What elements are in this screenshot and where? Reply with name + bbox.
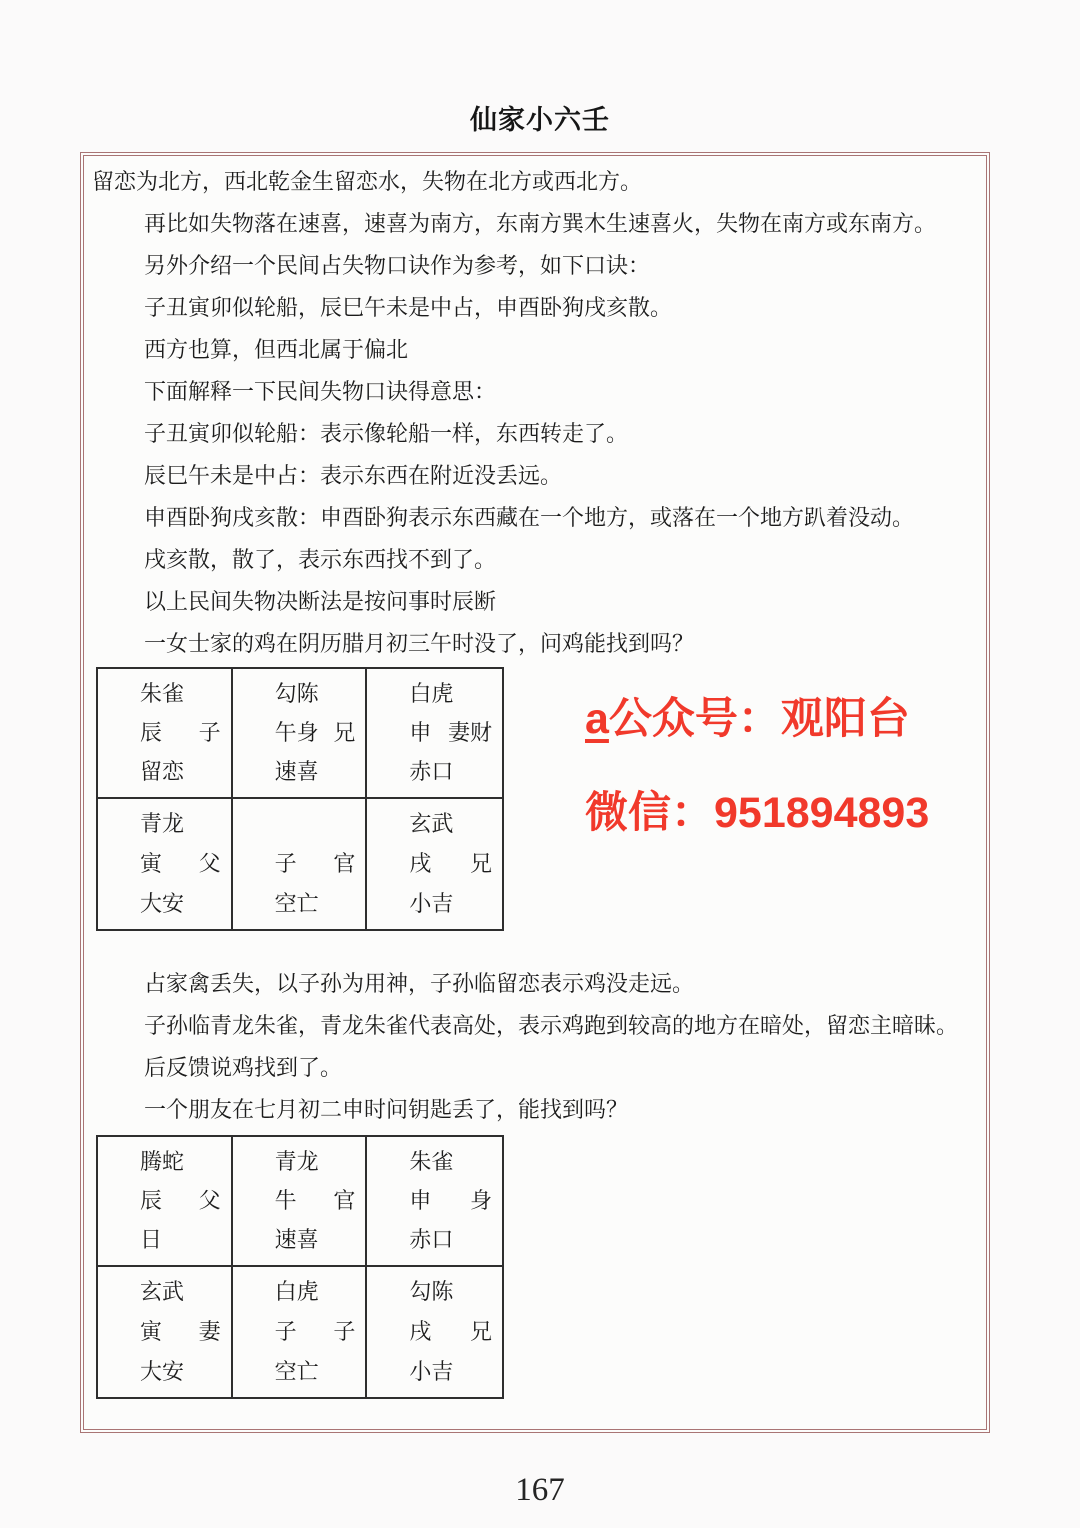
paragraph: 再比如失物落在速喜，速喜为南方，东南方巽木生速喜火，失物在南方或东南方。 xyxy=(90,203,980,245)
cell-branch: 辰 xyxy=(140,1188,162,1214)
cell-god: 玄武 xyxy=(140,1279,221,1305)
table-cell: 勾陈 戌兄 小吉 xyxy=(367,1267,502,1397)
paragraph: 子丑寅卯似轮船：表示像轮船一样，东西转走了。 xyxy=(90,413,980,455)
page-title: 仙家小六壬 xyxy=(0,98,1080,137)
paragraph: 后反馈说鸡找到了。 xyxy=(90,1047,980,1089)
paragraph: 另外介绍一个民间占失物口诀作为参考，如下口诀： xyxy=(90,245,980,287)
table-cell: 腾蛇 辰父 日 xyxy=(98,1137,233,1267)
watermark-account: 公众号：观阳台 xyxy=(609,695,910,743)
paragraph: 戌亥散，散了，表示东西找不到了。 xyxy=(90,539,980,581)
cell-god: 腾蛇 xyxy=(140,1149,221,1175)
paragraph: 子丑寅卯似轮船，辰巳午未是中占，申酉卧狗戌亥散。 xyxy=(90,287,980,329)
cell-period: 小吉 xyxy=(409,1359,492,1385)
table-cell: 朱雀 辰子 留恋 xyxy=(98,669,233,799)
cell-relation: 父 xyxy=(199,1188,221,1214)
cell-period: 日 xyxy=(140,1227,221,1253)
paragraph: 下面解释一下民间失物口诀得意思： xyxy=(90,371,980,413)
paragraph: 以上民间失物决断法是按问事时辰断 xyxy=(90,581,980,623)
table-cell: 子官 空亡 xyxy=(233,799,368,929)
cell-period: 大安 xyxy=(140,891,221,917)
cell-branch: 戌 xyxy=(409,1319,431,1345)
cell-period: 赤口 xyxy=(409,759,492,785)
cell-god: 勾陈 xyxy=(409,1279,492,1305)
red-watermark: a公众号：观阳台 微信：951894893 xyxy=(585,694,929,838)
cell-relation: 兄 xyxy=(470,851,492,877)
page-number: 167 xyxy=(0,1472,1080,1509)
cell-period: 空亡 xyxy=(275,891,356,917)
table-cell: 玄武 戌兄 小吉 xyxy=(367,799,502,929)
paragraph: 子孙临青龙朱雀，青龙朱雀代表高处，表示鸡跑到较高的地方在暗处，留恋主暗昧。 xyxy=(90,1005,980,1047)
cell-god: 朱雀 xyxy=(140,681,221,707)
cell-relation: 子 xyxy=(199,720,221,746)
table-cell: 玄武 寅妻 大安 xyxy=(98,1267,233,1397)
table-cell: 青龙 牛官 速喜 xyxy=(233,1137,368,1267)
table-cell: 朱雀 申身 赤口 xyxy=(367,1137,502,1267)
cell-god: 青龙 xyxy=(275,1149,356,1175)
cell-branch: 寅 xyxy=(140,851,162,877)
cell-relation: 妻财 xyxy=(448,720,492,746)
cell-god: 朱雀 xyxy=(409,1149,492,1175)
cell-relation: 妻 xyxy=(199,1319,221,1345)
cell-branch: 午身 xyxy=(275,720,319,746)
paragraph: 留恋为北方，西北乾金生留恋水，失物在北方或西北方。 xyxy=(90,161,980,203)
cell-god: 勾陈 xyxy=(275,681,356,707)
cell-period: 速喜 xyxy=(275,759,356,785)
table-cell: 勾陈 午身兄 速喜 xyxy=(233,669,368,799)
paragraph: 一个朋友在七月初二申时问钥匙丢了，能找到吗？ xyxy=(90,1089,980,1131)
cell-period: 留恋 xyxy=(140,759,221,785)
watermark-line1: a公众号：观阳台 xyxy=(585,694,929,744)
cell-branch: 牛 xyxy=(275,1188,297,1214)
cell-period: 空亡 xyxy=(275,1359,356,1385)
cell-relation: 兄 xyxy=(470,1319,492,1345)
cell-relation: 子 xyxy=(333,1319,355,1345)
table-cell: 白虎 申妻财 赤口 xyxy=(367,669,502,799)
paragraph: 辰巳午未是中占：表示东西在附近没丢远。 xyxy=(90,455,980,497)
cell-period: 速喜 xyxy=(275,1227,356,1253)
cell-relation: 身 xyxy=(470,1188,492,1214)
cell-period: 小吉 xyxy=(409,891,492,917)
cell-branch: 辰 xyxy=(140,720,162,746)
document-page: 仙家小六壬 留恋为北方，西北乾金生留恋水，失物在北方或西北方。 再比如失物落在速… xyxy=(0,0,1080,1528)
cell-branch: 戌 xyxy=(409,851,431,877)
cell-god: 白虎 xyxy=(275,1279,356,1305)
cell-god xyxy=(275,811,356,837)
table-cell: 青龙 寅父 大安 xyxy=(98,799,233,929)
cell-relation: 兄 xyxy=(333,720,355,746)
table-cell: 白虎 子子 空亡 xyxy=(233,1267,368,1397)
cell-god: 青龙 xyxy=(140,811,221,837)
paragraph: 申酉卧狗戌亥散：申酉卧狗表示东西藏在一个地方，或落在一个地方趴着没动。 xyxy=(90,497,980,539)
watermark-prefix: a xyxy=(585,695,609,743)
cell-branch: 子 xyxy=(275,851,297,877)
cell-god: 白虎 xyxy=(409,681,492,707)
cell-relation: 父 xyxy=(199,851,221,877)
cell-relation: 官 xyxy=(333,1188,355,1214)
cell-period: 大安 xyxy=(140,1359,221,1385)
paragraph: 一女士家的鸡在阴历腊月初三午时没了，问鸡能找到吗？ xyxy=(90,623,980,665)
cell-branch: 申 xyxy=(409,720,431,746)
top-paragraphs: 留恋为北方，西北乾金生留恋水，失物在北方或西北方。 再比如失物落在速喜，速喜为南… xyxy=(90,161,980,665)
paragraph: 占家禽丢失，以子孙为用神，子孙临留恋表示鸡没走远。 xyxy=(90,963,980,1005)
cell-relation: 官 xyxy=(333,851,355,877)
cell-branch: 寅 xyxy=(140,1319,162,1345)
middle-paragraphs: 占家禽丢失，以子孙为用神，子孙临留恋表示鸡没走远。 子孙临青龙朱雀，青龙朱雀代表… xyxy=(90,963,980,1131)
cell-branch: 申 xyxy=(409,1188,431,1214)
divination-table-2: 腾蛇 辰父 日 青龙 牛官 速喜 朱雀 申身 赤口 玄武 寅妻 大安 白虎 子子 xyxy=(96,1135,504,1399)
cell-god: 玄武 xyxy=(409,811,492,837)
cell-branch: 子 xyxy=(275,1319,297,1345)
cell-period: 赤口 xyxy=(409,1227,492,1253)
watermark-line2: 微信：951894893 xyxy=(585,788,929,838)
paragraph: 西方也算，但西北属于偏北 xyxy=(90,329,980,371)
divination-table-1: 朱雀 辰子 留恋 勾陈 午身兄 速喜 白虎 申妻财 赤口 青龙 寅父 大安 子 xyxy=(96,667,504,931)
